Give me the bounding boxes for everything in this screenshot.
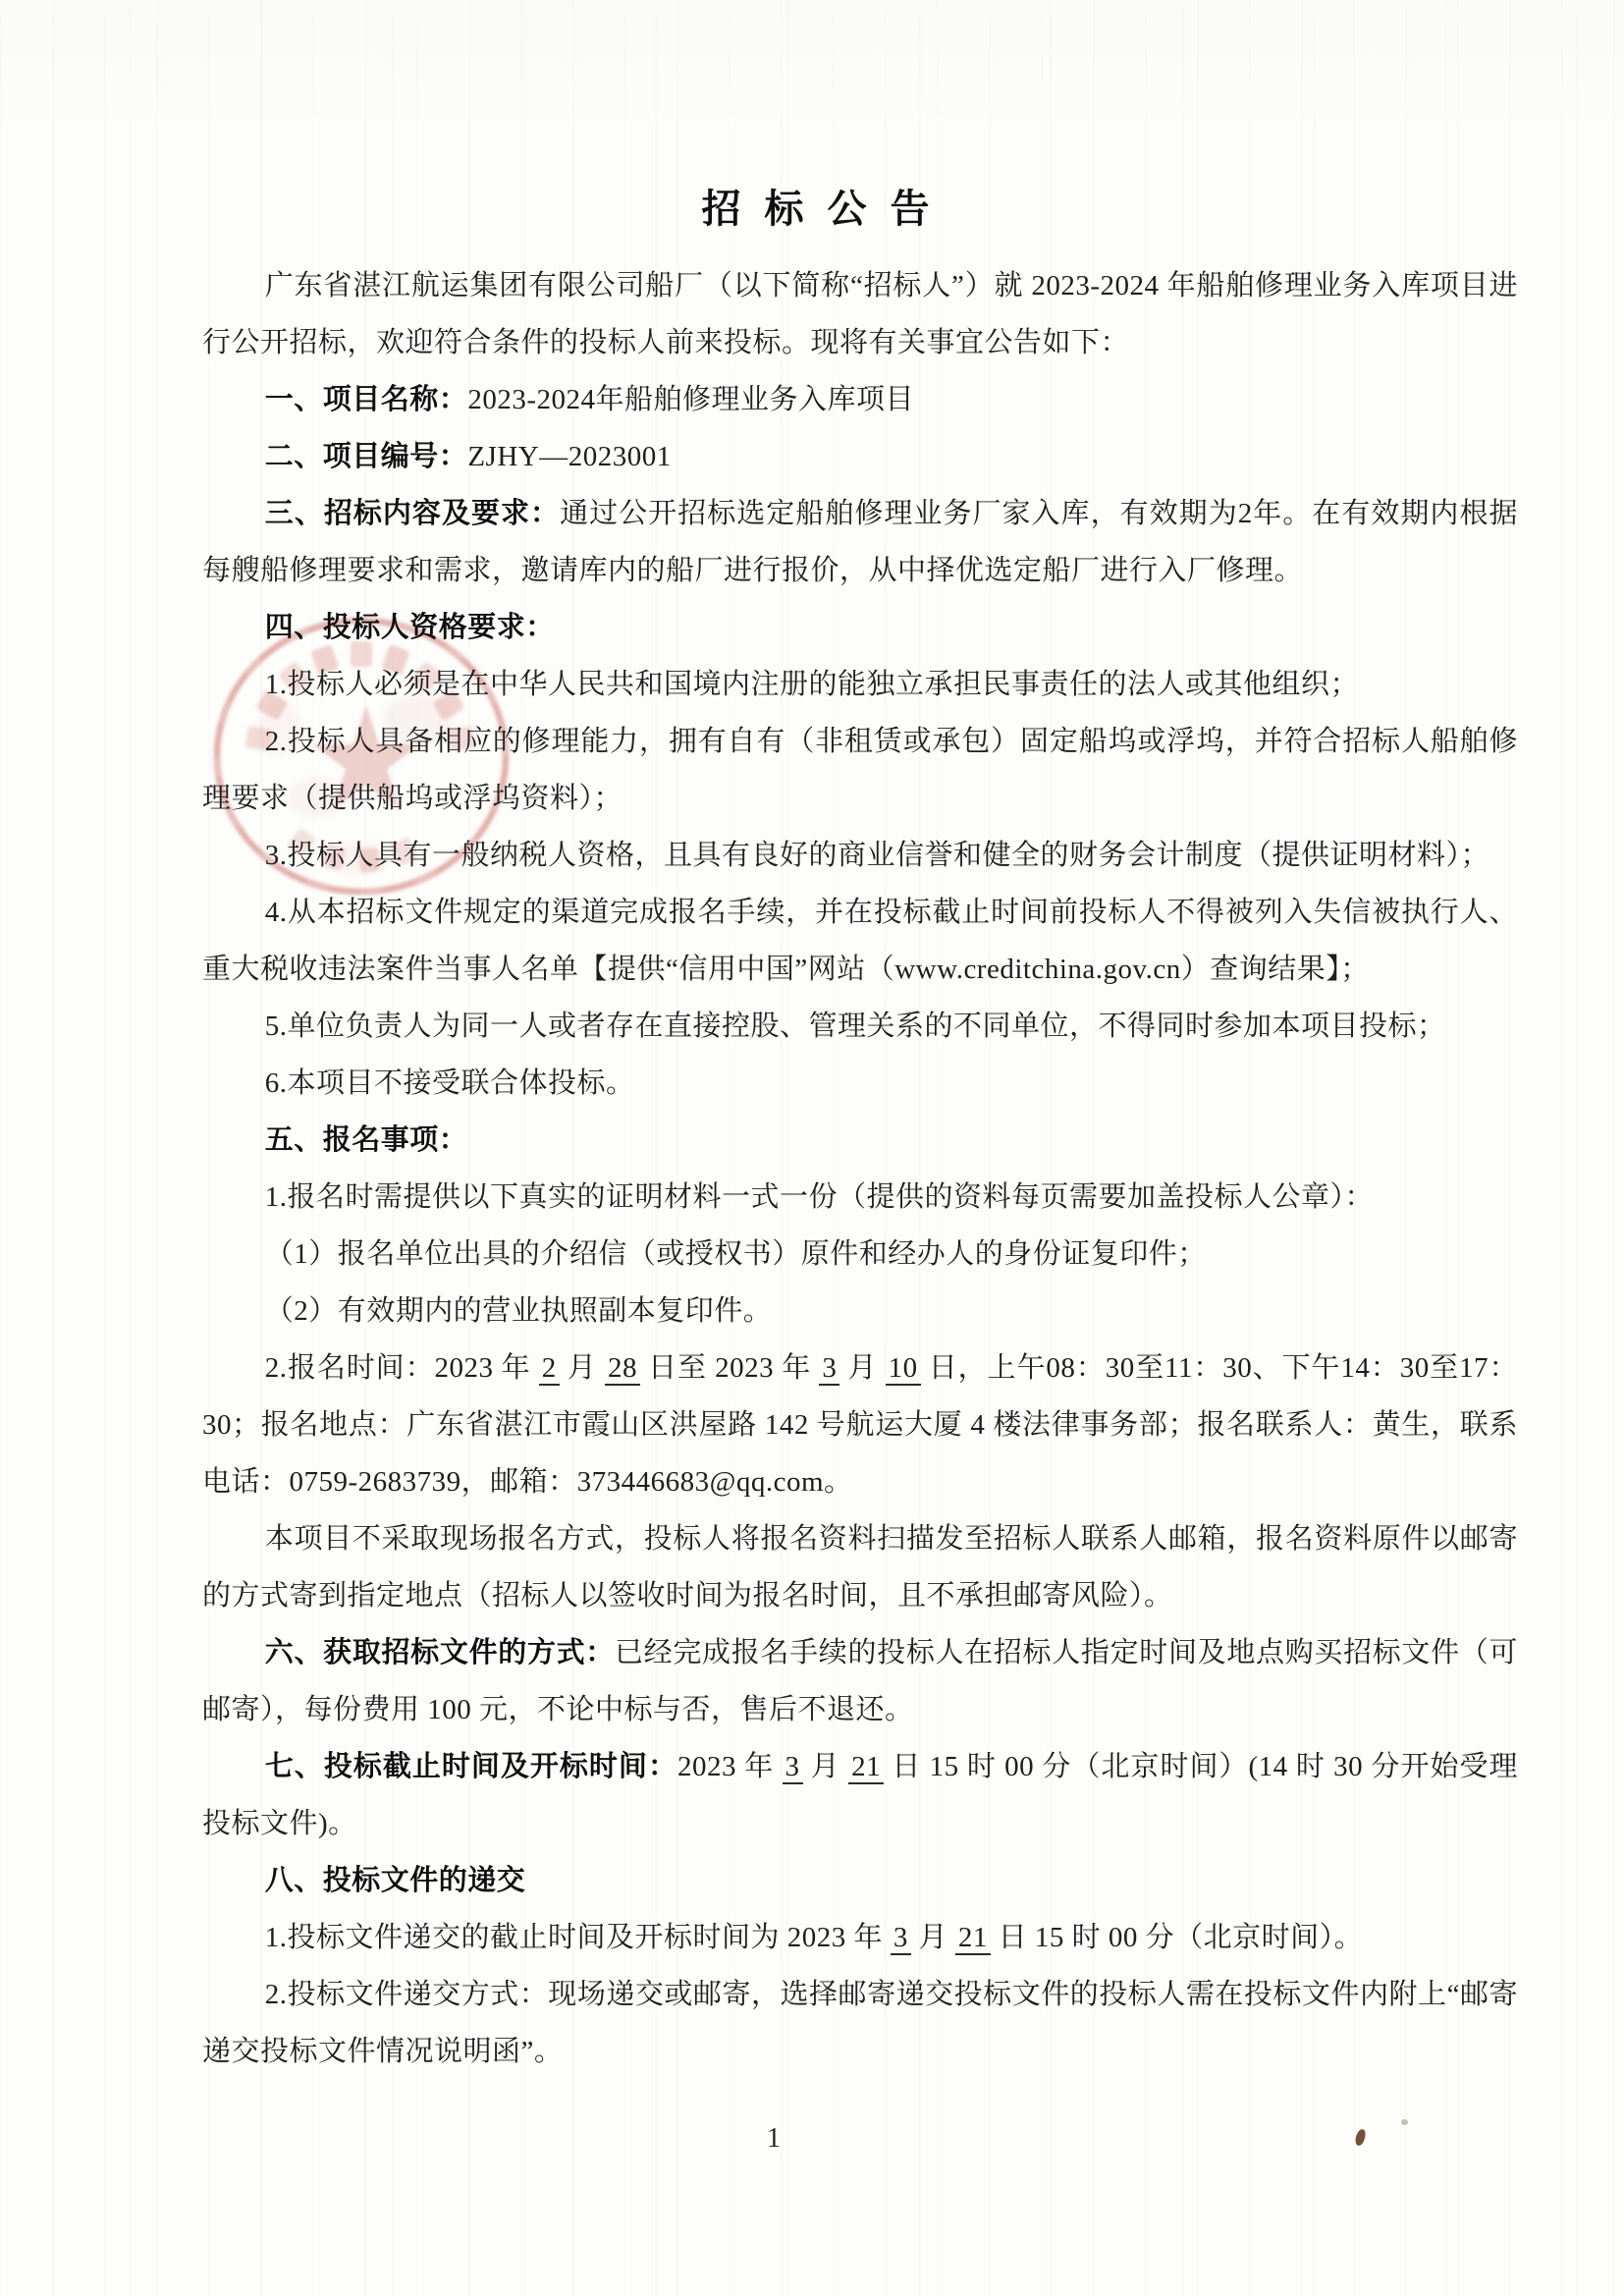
section-4-heading: 四、投标人资格要求： [202,599,1518,656]
section-5-item-1: 1.报名时需提供以下真实的证明材料一式一份（提供的资料每页需要加盖投标人公章）： [202,1169,1518,1226]
underlined-month: 3 [783,1751,803,1784]
underlined-month: 3 [819,1352,839,1386]
section-4-item-4: 4.从本招标文件规定的渠道完成报名手续，并在投标截止时间前投标人不得被列入失信被… [202,884,1518,998]
section-8-item-2: 2.投标文件递交方式：现场递交或邮寄，选择邮寄递交投标文件的投标人需在投标文件内… [202,1966,1518,2080]
section-4-item-2: 2.投标人具备相应的修理能力，拥有自有（非租赁或承包）固定船坞或浮坞，并符合招标… [202,713,1518,827]
section-6-label: 六、获取招标文件的方式： [265,1637,615,1668]
section-3-label: 三、招标内容及要求： [265,498,560,529]
underlined-day: 10 [886,1352,921,1386]
section-4-item-6: 6.本项目不接受联合体投标。 [202,1055,1518,1112]
section-4-item-3: 3.投标人具有一般纳税人资格，且具有良好的商业信誉和健全的财务会计制度（提供证明… [202,827,1518,884]
underlined-month: 2 [539,1352,560,1386]
section-4-item-1: 1.投标人必须是在中华人民共和国境内注册的能独立承担民事责任的法人或其他组织； [202,656,1518,713]
text-segment: 1.投标文件递交的截止时间及开标时间为 2023 年 [265,1922,891,1953]
section-8-item-1: 1.投标文件递交的截止时间及开标时间为 2023 年 3 月 21 日 15 时… [202,1909,1518,1966]
text-segment: 月 [839,1352,885,1384]
text-segment: 日 15 时 00 分（北京时间）。 [991,1922,1363,1953]
section-4-item-5: 5.单位负责人为同一人或者存在直接控股、管理关系的不同单位，不得同时参加本项目投… [202,998,1518,1055]
underlined-day: 21 [955,1922,991,1955]
text-segment: 月 [560,1352,605,1384]
section-5-item-1-2: （2）有效期内的营业执照副本复印件。 [202,1283,1518,1339]
underlined-month: 3 [891,1922,911,1955]
section-5-label: 五、报名事项： [265,1124,468,1156]
underlined-day: 21 [848,1751,884,1784]
section-5-item-2-signup-time: 2.报名时间：2023 年 2 月 28 日至 2023 年 3 月 10 日，… [202,1339,1518,1510]
section-3-content-requirements: 三、招标内容及要求：通过公开招标选定船舶修理业务厂家入库，有效期为2年。在有效期… [202,485,1518,599]
section-5-heading: 五、报名事项： [202,1112,1518,1169]
underlined-day: 28 [605,1352,640,1386]
section-2-project-number: 二、项目编号：ZJHY—2023001 [202,428,1518,485]
scan-artifact-dot [1401,2119,1408,2125]
text-segment: 2023 年 [677,1751,783,1782]
text-segment: 日至 2023 年 [640,1352,819,1384]
section-8-label: 八、投标文件的递交 [265,1865,526,1896]
text-segment: 月 [911,1922,955,1953]
section-5-item-1-1: （1）报名单位出具的介绍信（或授权书）原件和经办人的身份证复印件； [202,1226,1518,1283]
section-1-project-name: 一、项目名称：2023-2024年船舶修理业务入库项目 [202,371,1518,428]
document-page: 招 标 公 告 广东省湛江航运集团有限公司船厂（以下简称“招标人”）就 2023… [0,0,1624,2296]
text-segment: 2.报名时间：2023 年 [265,1352,539,1384]
section-5-note: 本项目不采取现场报名方式，投标人将报名资料扫描发至招标人联系人邮箱，报名资料原件… [202,1510,1518,1624]
section-7-deadline: 七、投标截止时间及开标时间：2023 年 3 月 21 日 15 时 00 分（… [202,1738,1518,1852]
section-1-text: 2023-2024年船舶修理业务入库项目 [467,384,914,415]
section-4-label: 四、投标人资格要求： [265,612,555,643]
section-6-obtain-documents: 六、获取招标文件的方式：已经完成报名手续的投标人在招标人指定时间及地点购买招标文… [202,1624,1518,1738]
document-body: 招 标 公 告 广东省湛江航运集团有限公司船厂（以下简称“招标人”）就 2023… [202,173,1518,2080]
section-2-label: 二、项目编号： [265,441,468,472]
section-8-heading: 八、投标文件的递交 [202,1852,1518,1909]
page-number: 1 [0,2123,1547,2155]
paragraph-intro: 广东省湛江航运集团有限公司船厂（以下简称“招标人”）就 2023-2024 年船… [202,257,1518,371]
text-segment: 月 [803,1751,849,1782]
section-2-text: ZJHY—2023001 [467,441,671,472]
section-7-label: 七、投标截止时间及开标时间： [265,1751,677,1782]
section-1-label: 一、项目名称： [265,384,468,415]
doc-title: 招 标 公 告 [202,173,1435,246]
